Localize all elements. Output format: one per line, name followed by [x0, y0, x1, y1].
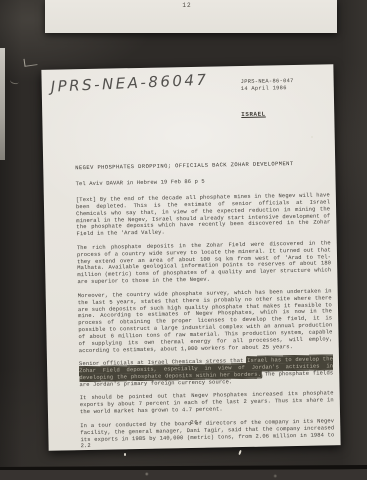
report-header: JPRS-NEA-86-047 14 April 1986 [241, 78, 294, 92]
report-date: 14 April 1986 [241, 84, 294, 92]
article-title: NEGEV PHOSPHATES DROPPING; OFFICIALS BAC… [75, 160, 329, 172]
country-heading: ISRAEL [241, 111, 266, 118]
film-edge-band [0, 470, 367, 480]
article-paragraph: [Text] By the end of the decade all phos… [76, 192, 331, 238]
article-paragraph: The rich phosphate deposits in the Zohar… [77, 240, 332, 286]
source-line: Tel Aviv DAVAR in Hebrew 19 Feb 86 p 5 [76, 176, 330, 188]
article-paragraph: It should be pointed out that Negev Phos… [80, 391, 334, 417]
film-scratch-mark [24, 57, 38, 67]
previous-page-fragment: 12 [45, 0, 337, 33]
film-dust-speck [311, 136, 313, 138]
article-paragraph: Moreover, the country wide phosphate sur… [78, 288, 333, 355]
film-scratch-mark [9, 77, 19, 85]
film-dust-speck [124, 453, 126, 456]
previous-page-number: 12 [45, 2, 329, 9]
article-paragraph: Senior officials at Israel Chemicals str… [79, 357, 333, 389]
microfilm-frame: 12 JPRS-NEA-86047 JPRS-NEA-86-047 14 Apr… [0, 0, 367, 480]
document-page: JPRS-NEA-86047 JPRS-NEA-86-047 14 April … [41, 64, 340, 451]
adjacent-frame-edge [0, 48, 5, 160]
handwritten-reference: JPRS-NEA-86047 [50, 71, 209, 96]
article-body: NEGEV PHOSPHATES DROPPING; OFFICIALS BAC… [75, 160, 335, 457]
